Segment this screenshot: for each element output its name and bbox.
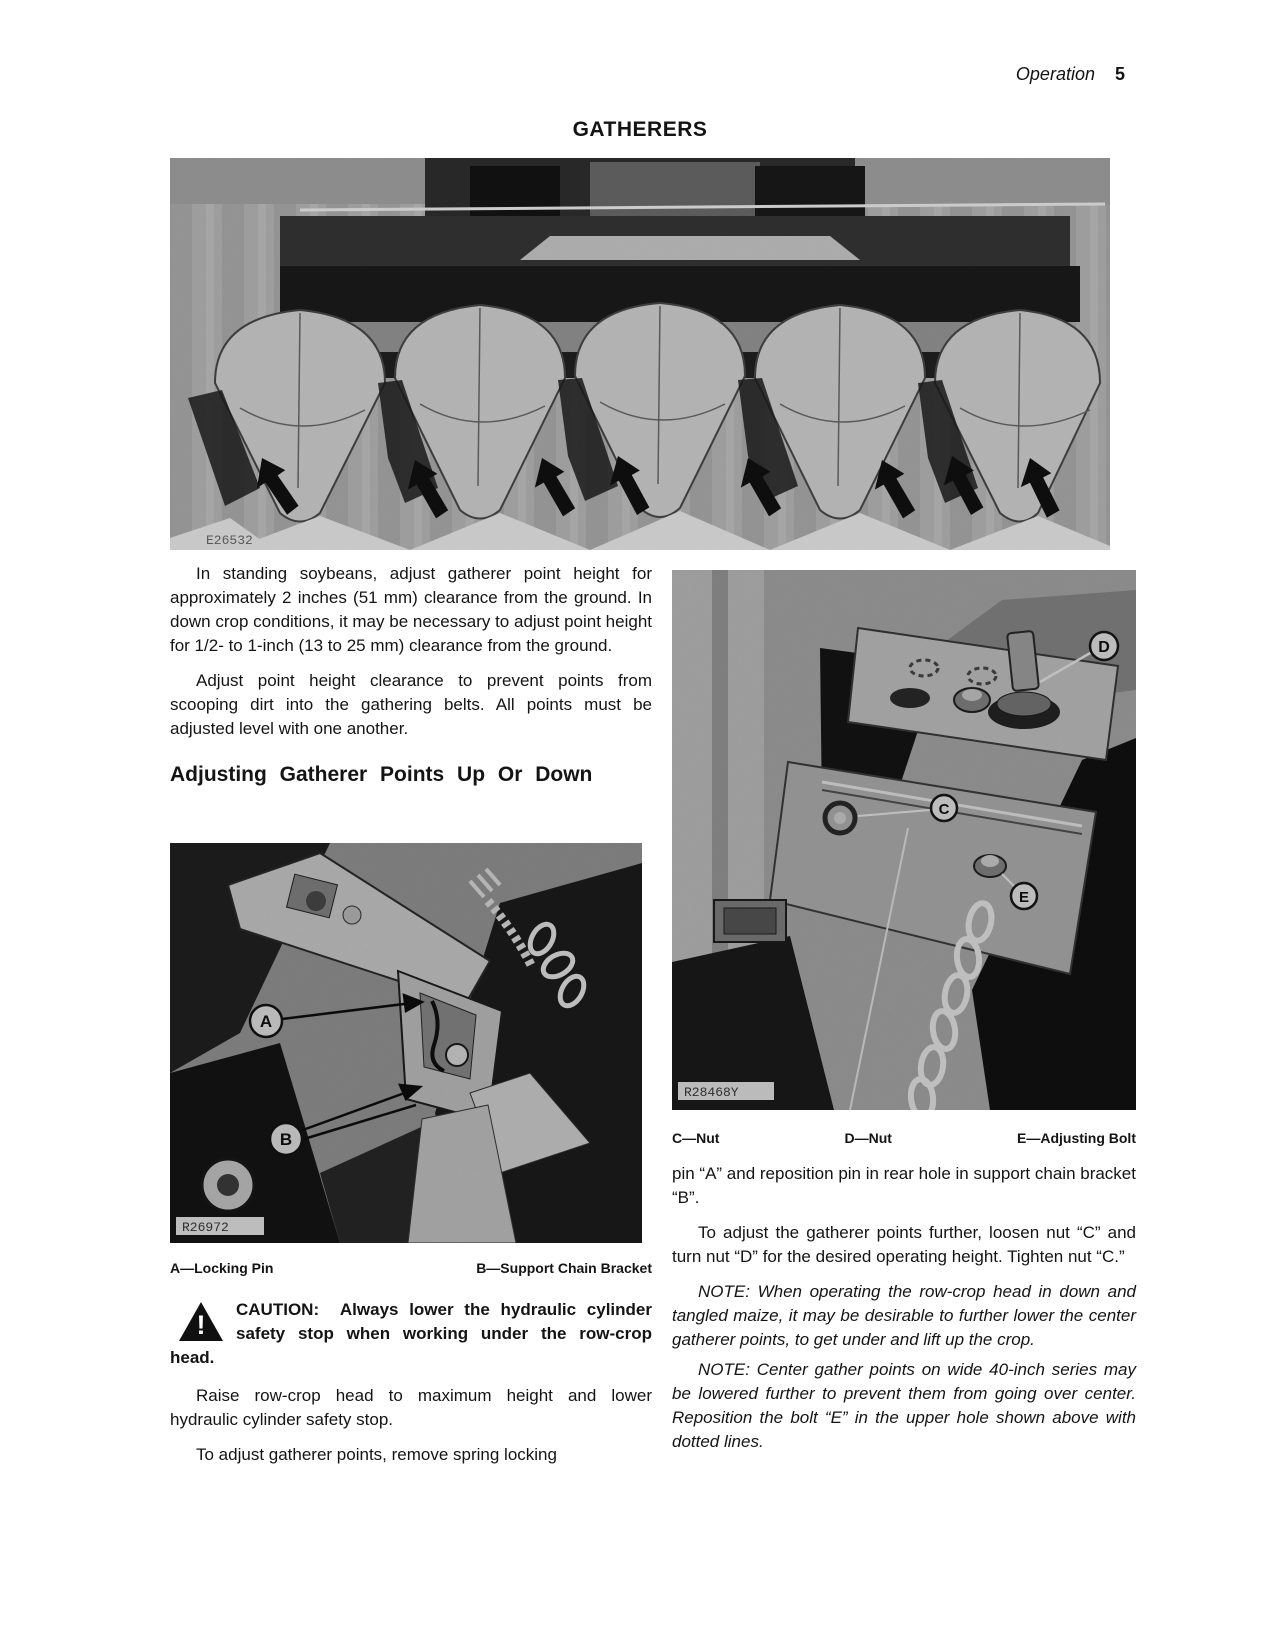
locking-pin-illustration: A B R26972 [170,843,642,1243]
running-header: Operation5 [1016,64,1125,85]
caution-block: ! CAUTION: Always lower the hydraulic cy… [170,1298,652,1370]
caption-nut-c: C—Nut [672,1130,719,1146]
caption-locking-pin: A—Locking Pin [170,1260,273,1276]
paragraph-raise-head: Raise row-crop head to maximum height an… [170,1384,652,1432]
section-name: Operation [1016,64,1095,84]
caution-label: CAUTION: [236,1300,319,1319]
photo-adjusting-bolt: D C E [672,570,1136,1110]
warning-triangle-icon: ! [178,1301,224,1343]
caption-nut-d: D—Nut [845,1130,892,1146]
photo-id-tag: R26972 [182,1220,229,1235]
page-number: 5 [1115,64,1125,84]
paragraph-loosen-nut: To adjust the gatherer points further, l… [672,1221,1136,1269]
photo-gatherer-points: E26532 [170,158,1110,550]
manual-page: Operation5 GATHERERS [0,0,1275,1650]
photo-locking-pin: A B R26972 [170,843,642,1243]
note-down-maize: NOTE: When operating the row-crop head i… [672,1280,1136,1352]
photo-caption-row: C—Nut D—Nut E—Adjusting Bolt [672,1130,1136,1146]
photo-id-tag: E26532 [206,533,253,548]
caption-support-chain-bracket: B—Support Chain Bracket [476,1260,652,1276]
warning-exclamation: ! [197,1310,206,1340]
page-title: GATHERERS [170,118,1110,142]
adjusting-bolt-illustration: D C E [672,570,1136,1110]
paragraph-clearance: Adjust point height clearance to prevent… [170,669,652,741]
caption-adjusting-bolt: E—Adjusting Bolt [1017,1130,1136,1146]
photo-caption-row: A—Locking Pin B—Support Chain Bracket [170,1260,652,1276]
photo-id-tag: R28468Y [684,1085,739,1100]
left-column-lower: A—Locking Pin B—Support Chain Bracket ! … [170,1252,652,1478]
paragraph-adjust-points: To adjust gatherer points, remove spring… [170,1443,652,1467]
gatherer-points-illustration: E26532 [170,158,1110,550]
note-center-points: NOTE: Center gather points on wide 40-in… [672,1358,1136,1454]
left-column-upper: In standing soybeans, adjust gatherer po… [170,562,652,787]
paragraph-reposition-pin: pin “A” and reposition pin in rear hole … [672,1162,1136,1210]
right-column: C—Nut D—Nut E—Adjusting Bolt pin “A” and… [672,1122,1136,1460]
paragraph-point-height: In standing soybeans, adjust gatherer po… [170,562,652,658]
section-heading-adjusting: Adjusting Gatherer Points Up Or Down [170,763,652,787]
